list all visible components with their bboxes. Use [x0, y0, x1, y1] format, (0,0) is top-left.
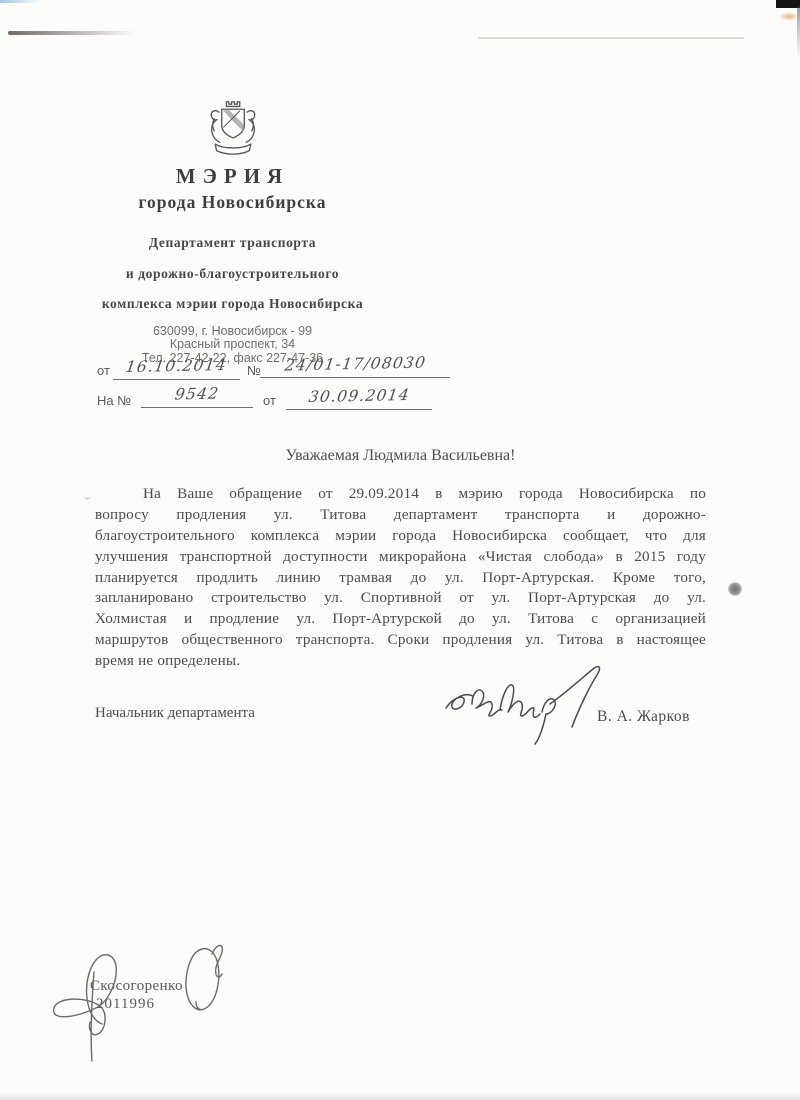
org-name-line1: МЭРИЯ [60, 164, 405, 189]
body-line: Холмистая и продление ул. Порт-Артурской… [95, 609, 706, 630]
outgoing-date-handwritten: 16.10.2014 [125, 356, 229, 376]
scan-artifact-bottom-shade [0, 1093, 800, 1100]
department-line: Департамент транспорта [60, 235, 405, 251]
salutation: Уважаемая Людмила Васильевна! [95, 447, 706, 465]
signoff-title: Начальник департамента [95, 705, 255, 722]
director-signature [438, 660, 610, 752]
body-line: благоустроительного комплекса мэрии горо… [95, 526, 706, 547]
incoming-number-label: На № [97, 393, 131, 408]
scan-artifact-small-tick [84, 494, 91, 499]
body-line: маршрутов общественного транспорта. Срок… [95, 630, 706, 651]
outgoing-from-label: от [97, 363, 110, 378]
address-line: 630099, г. Новосибирск - 99 [60, 325, 405, 339]
body-line: запланировано строительство ул. Спортивн… [95, 588, 706, 609]
novosibirsk-coat-of-arms-icon [202, 98, 264, 160]
scan-artifact-corner-mark [776, 0, 800, 8]
incoming-from-label: от [263, 393, 276, 408]
scan-artifact-blue-line [0, 0, 40, 3]
department-line: и дорожно-благоустроительного [60, 266, 405, 282]
body-line: улучшения транспортной доступности микро… [95, 547, 706, 568]
body-line: время не определены. [95, 651, 706, 672]
org-name-line2: города Новосибирска [60, 192, 405, 213]
scanned-letter-page: МЭРИЯ города Новосибирска Департамент тр… [0, 0, 800, 1100]
department-name: Департамент транспорта и дорожно-благоус… [60, 235, 405, 312]
outgoing-date-field: 16.10.2014 [113, 357, 240, 380]
outgoing-number-handwritten: 24/01-17/08030 [283, 354, 427, 375]
department-line: комплекса мэрии города Новосибирска [60, 296, 405, 312]
scan-artifact-fold-line [478, 37, 744, 39]
scan-artifact-ink-dot [728, 582, 742, 596]
body-line: вопросу продления ул. Титова департамент… [95, 505, 706, 526]
outgoing-number-field: 24/01-17/08030 [260, 355, 450, 378]
address-line: Красный проспект, 34 [60, 338, 405, 352]
incoming-number-handwritten: 9542 [174, 385, 221, 404]
outgoing-number-label: № [247, 363, 261, 378]
registration-stamp: Скосогоренко 2011996 [42, 938, 252, 1073]
letterhead: МЭРИЯ города Новосибирска Департамент тр… [60, 98, 405, 365]
incoming-date-handwritten: 30.09.2014 [307, 386, 411, 406]
letter-body: На Ваше обращение от 29.09.2014 в мэрию … [95, 484, 706, 672]
incoming-date-field: 30.09.2014 [286, 387, 432, 410]
incoming-number-field: 9542 [141, 385, 253, 408]
pen-scribble [42, 938, 252, 1073]
scan-artifact-tan-mark [779, 12, 799, 21]
body-line: планируется продлить линию трамвая до ул… [95, 568, 706, 589]
signoff-name: В. А. Жарков [597, 708, 690, 726]
scan-artifact-left-smudge [8, 31, 136, 35]
body-line: На Ваше обращение от 29.09.2014 в мэрию … [95, 484, 706, 505]
